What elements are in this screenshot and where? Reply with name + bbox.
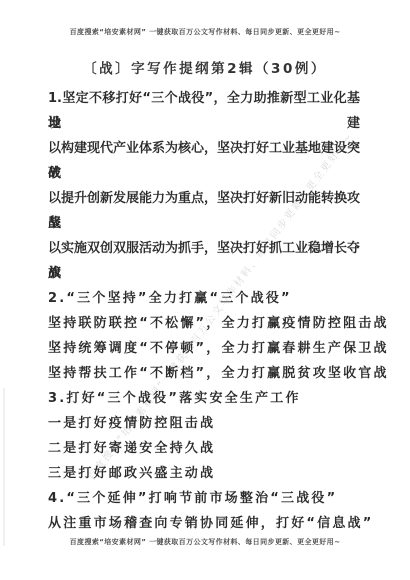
left-edge-artifact: [3, 388, 5, 546]
text-line: 战: [48, 161, 360, 186]
text-line: 3.打好“三个战役”落实安全生产工作: [48, 386, 360, 411]
text-line: 坚持帮扶工作“不断档”，全力打赢脱贫攻坚收官战: [48, 361, 360, 386]
page-title: 〔战〕字写作提纲第2辑（30例）: [0, 57, 410, 77]
header-note: 百度搜索“培安素材网” 一键获取百万公文写作材料、每日同步更新、更全更好用~: [0, 27, 410, 37]
text-line: 坚持统筹调度“不停顿”，全力打赢春耕生产保卫战: [48, 336, 360, 361]
text-line: 三是打好邮政兴盛主动战: [48, 461, 360, 486]
text-line: 以实施双创双服活动为抓手，坚决打好抓工业稳增长夺旗: [48, 236, 360, 261]
text-line: 4.“三个延伸”打响节前市场整治“三战役”: [48, 486, 360, 511]
text-line: 二是打好寄递安全持久战: [48, 436, 360, 461]
document-page: 百度搜索“培安素材网” 一键获取百万公文写作材料、每日同步更新、更全更好用~ 〔…: [0, 0, 410, 580]
document-body: 1.坚定不移打好“三个战役”，全力助推新型工业化基地建设以构建现代产业体系为核心…: [48, 86, 360, 536]
text-line: 坚持联防联控“不松懈”，全力打赢疫情防控阻击战: [48, 311, 360, 336]
text-line: 以提升创新发展能力为重点，坚决打好新旧动能转换攻坚: [48, 186, 360, 211]
text-line: 战: [48, 261, 360, 286]
text-line: 战: [48, 211, 360, 236]
footer-note: 百度搜索“培安素材网” 一键获取百万公文写作材料、每日同步更新、更全更好用~: [0, 537, 410, 547]
text-line: 2.“三个坚持”全力打赢“三个战役”: [48, 286, 360, 311]
text-line: 一是打好疫情防控阻击战: [48, 411, 360, 436]
text-line: 1.坚定不移打好“三个战役”，全力助推新型工业化基地建: [48, 86, 360, 111]
text-line: 以构建现代产业体系为核心，坚决打好工业基地建设突破: [48, 136, 360, 161]
text-line: 从注重市场稽查向专销协同延伸，打好“信息战”: [48, 511, 360, 536]
